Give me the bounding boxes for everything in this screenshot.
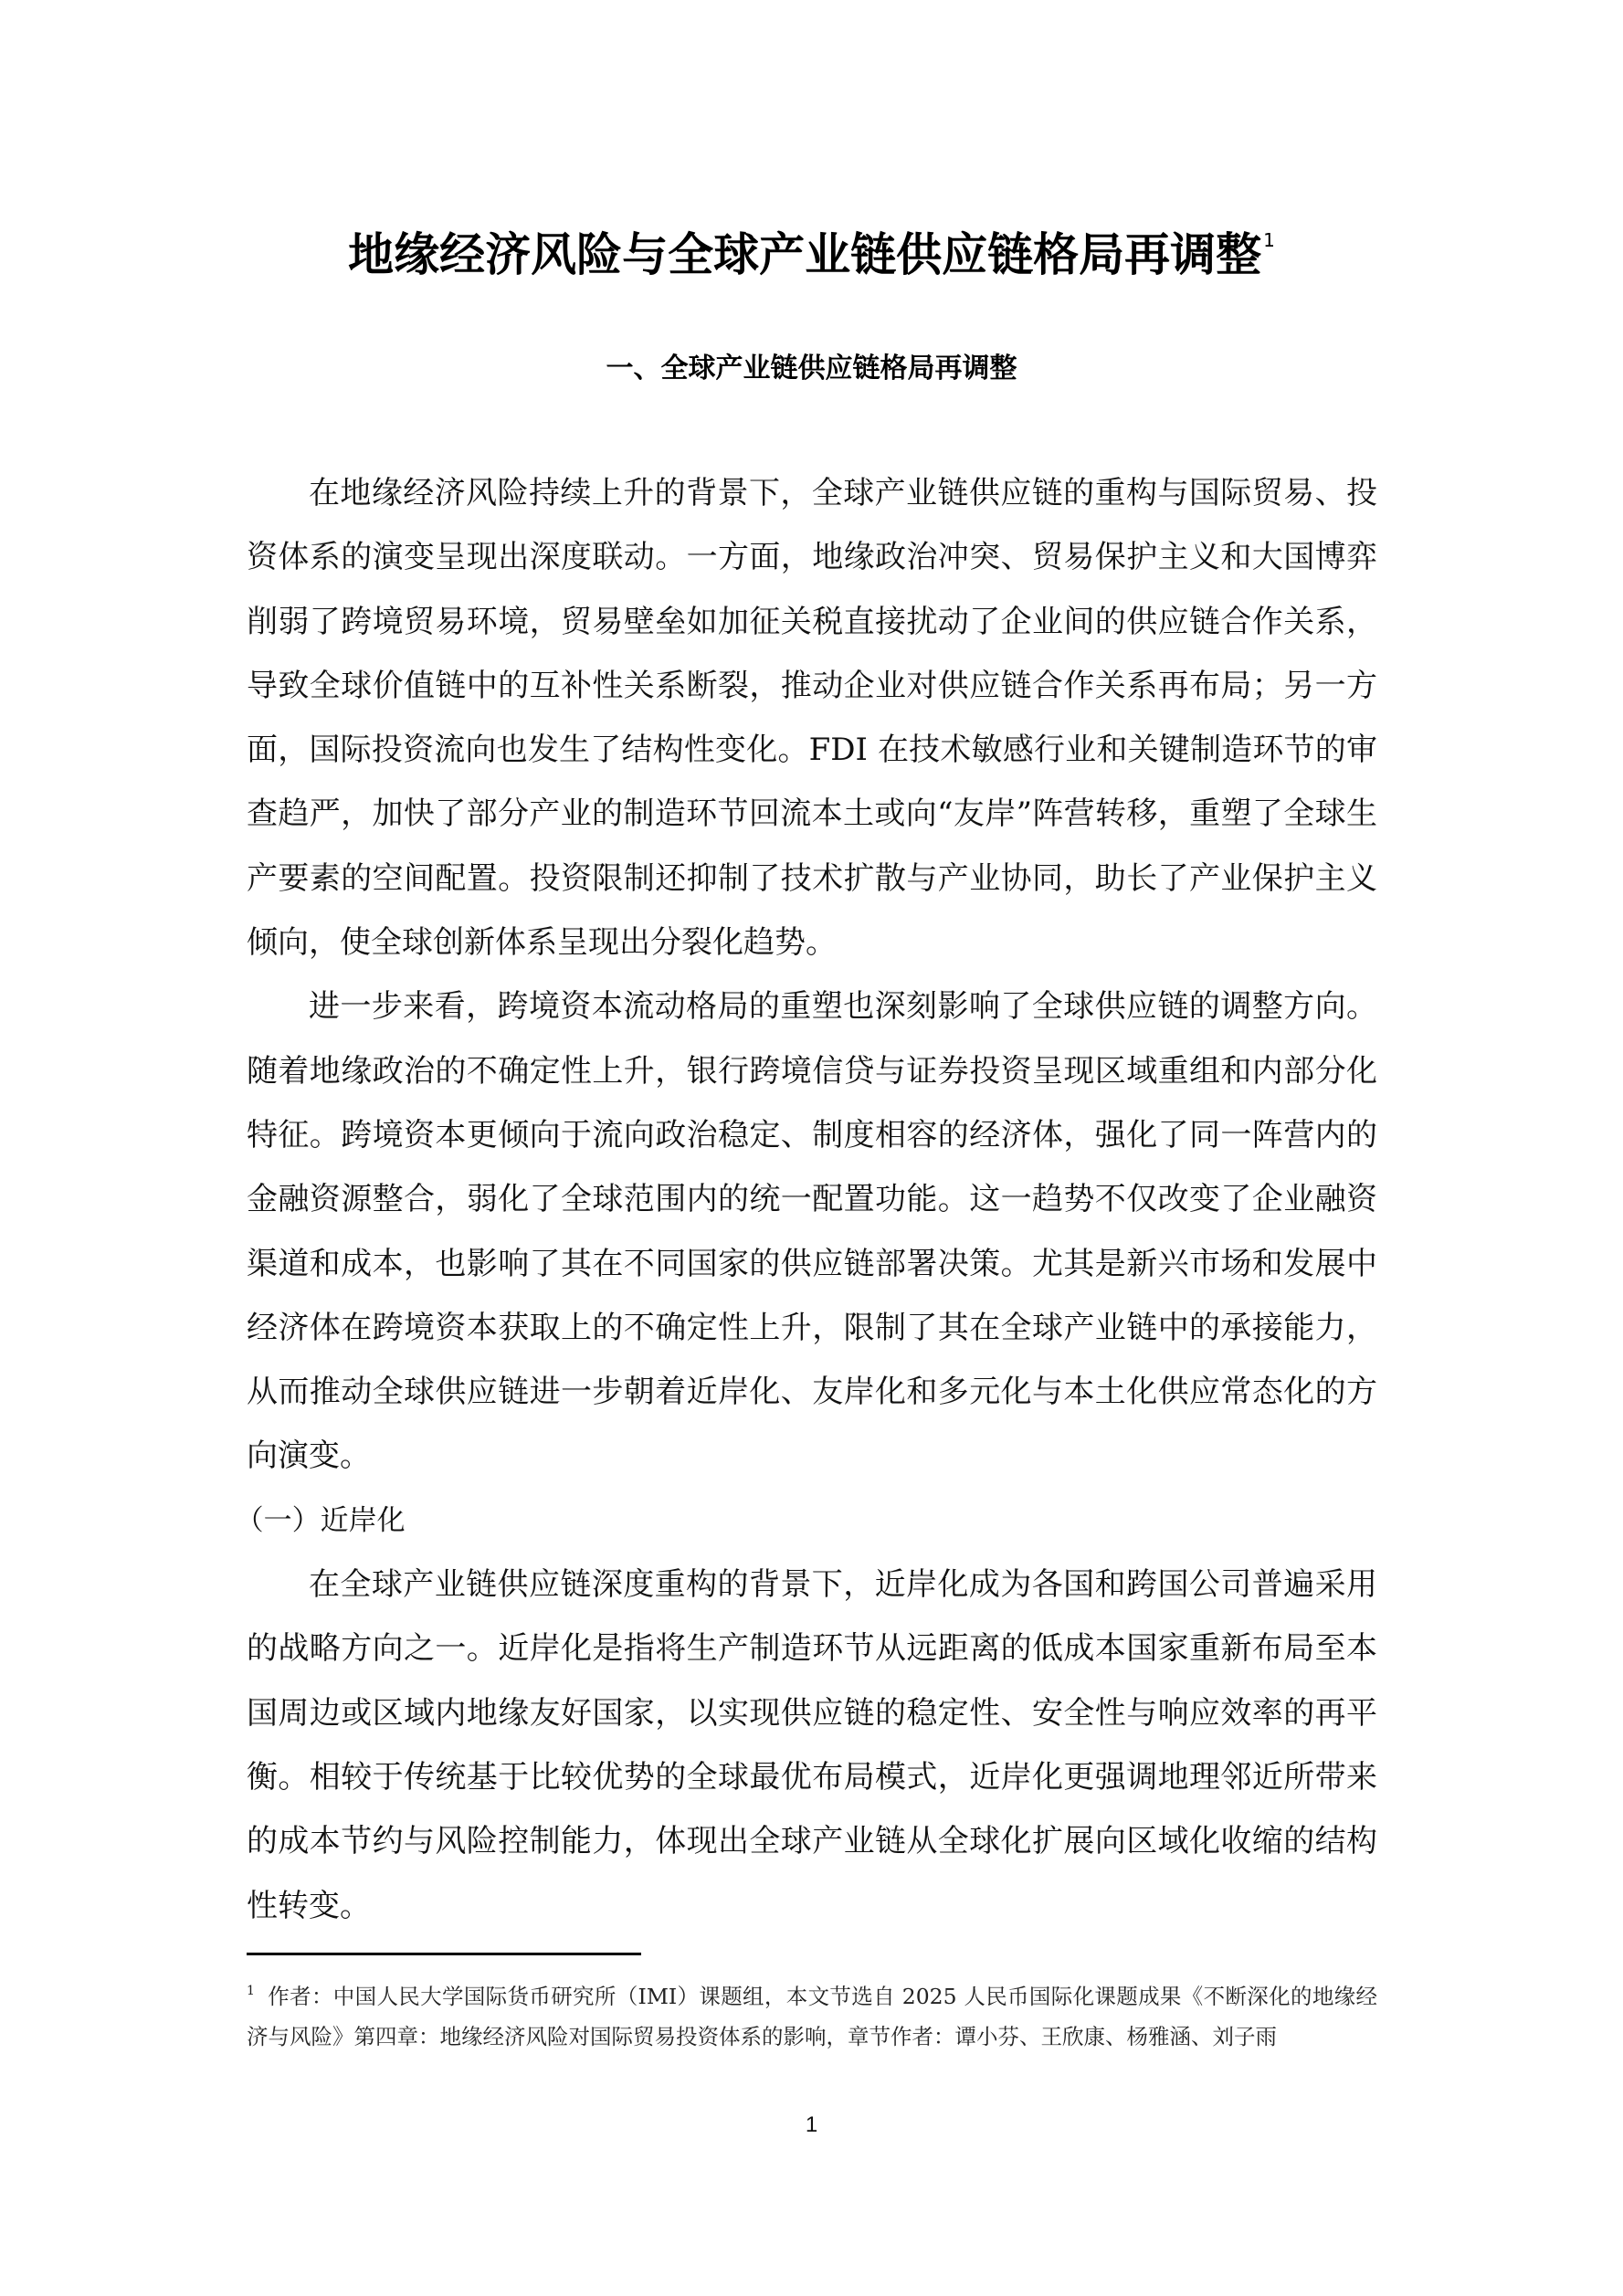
footnote-text: 作者：中国人民大学国际货币研究所（IMI）课题组，本文节选自 2025 人民币国… [247, 1984, 1377, 2049]
subsection-heading: （一）近岸化 [247, 1489, 1377, 1553]
paragraph-1: 在地缘经济风险持续上升的背景下，全球产业链供应链的重构与国际贸易、投资体系的演变… [247, 461, 1377, 974]
footnote-divider [247, 1953, 641, 1955]
footnote-marker: 1 [247, 1984, 255, 1998]
footnote: 1作者：中国人民大学国际货币研究所（IMI）课题组，本文节选自 2025 人民币… [247, 1971, 1377, 2057]
page-number: 1 [0, 2110, 1623, 2141]
body-text: 在地缘经济风险持续上升的背景下，全球产业链供应链的重构与国际贸易、投资体系的演变… [247, 461, 1377, 1938]
document-title: 地缘经济风险与全球产业链供应链格局再调整1 [0, 208, 1623, 287]
title-footnote-marker[interactable]: 1 [1263, 229, 1275, 251]
document-page: 地缘经济风险与全球产业链供应链格局再调整1 一、全球产业链供应链格局再调整 在地… [0, 0, 1623, 2296]
paragraph-2: 进一步来看，跨境资本流动格局的重塑也深刻影响了全球供应链的调整方向。随着地缘政治… [247, 974, 1377, 1488]
section-heading: 一、全球产业链供应链格局再调整 [0, 349, 1623, 389]
subsection-paragraph-1: 在全球产业链供应链深度重构的背景下，近岸化成为各国和跨国公司普遍采用的战略方向之… [247, 1553, 1377, 1938]
title-text: 地缘经济风险与全球产业链供应链格局再调整 [348, 228, 1261, 281]
